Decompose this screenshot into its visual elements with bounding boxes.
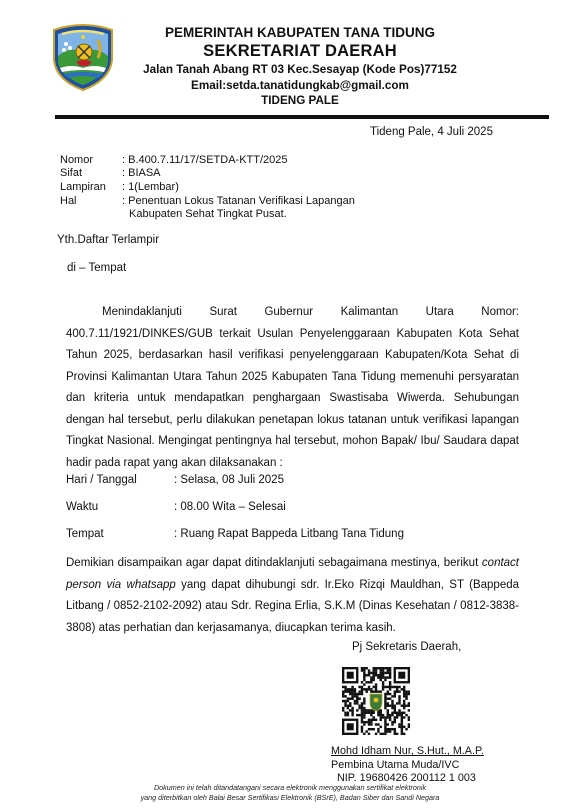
- meta-label: Lampiran: [60, 181, 122, 193]
- letterhead-government: PEMERINTAH KABUPATEN TANA TIDUNG: [130, 25, 470, 40]
- meta-value: : B.400.7.11/17/SETDA-KTT/2025: [122, 154, 288, 166]
- schedule-row-time: Waktu : 08.00 Wita – Selesai: [66, 501, 286, 513]
- meta-row-nomor: Nomor : B.400.7.11/17/SETDA-KTT/2025: [60, 154, 288, 166]
- e-signature-notice: Dokumen ini telah ditandatangani secara …: [100, 783, 480, 803]
- footer-line-1: Dokumen ini telah ditandatangani secara …: [100, 783, 480, 793]
- letterhead-address: Jalan Tanah Abang RT 03 Kec.Sesayap (Kod…: [130, 63, 470, 76]
- letterhead-city: TIDENG PALE: [130, 94, 470, 107]
- schedule-value: : Selasa, 08 Juli 2025: [174, 474, 284, 486]
- schedule-row-date: Hari / Tanggal : Selasa, 08 Juli 2025: [66, 474, 284, 486]
- letterhead-email: Email:setda.tanatidungkab@gmail.com: [130, 79, 470, 92]
- signatory-title: Pj Sekretaris Daerah,: [352, 641, 461, 653]
- schedule-label: Tempat: [66, 528, 174, 540]
- letter-date: Tideng Pale, 4 Juli 2025: [370, 126, 493, 138]
- meta-label: Nomor: [60, 154, 122, 166]
- meta-value-continued: Kabupaten Sehat Tingkat Pusat.: [129, 208, 287, 220]
- meta-value: : 1(Lembar): [122, 181, 179, 193]
- recipient: Yth.Daftar Terlampir: [57, 234, 159, 246]
- meta-row-hal: Hal : Penentuan Lokus Tatanan Verifikasi…: [60, 195, 355, 207]
- letterhead-secretariat: SEKRETARIAT DAERAH: [130, 42, 470, 61]
- meta-value: : Penentuan Lokus Tatanan Verifikasi Lap…: [122, 195, 355, 207]
- recipient-place: di – Tempat: [67, 262, 126, 274]
- signatory-name: Mohd Idham Nur, S.Hut., M.A.P.: [331, 745, 484, 757]
- meta-label: Sifat: [60, 167, 122, 179]
- regency-emblem-icon: [48, 22, 118, 92]
- meta-row-lampiran: Lampiran : 1(Lembar): [60, 181, 179, 193]
- schedule-label: Hari / Tanggal: [66, 474, 174, 486]
- letterhead-divider: [55, 115, 549, 119]
- schedule-value: : 08.00 Wita – Selesai: [174, 501, 286, 513]
- footer-line-2: yang diterbitkan oleh Balai Besar Sertif…: [100, 793, 480, 803]
- qr-code-icon: [342, 667, 410, 735]
- meta-value: : BIASA: [122, 167, 161, 179]
- schedule-value: : Ruang Rapat Bappeda Litbang Tana Tidun…: [174, 528, 404, 540]
- meta-label: Hal: [60, 195, 122, 207]
- schedule-label: Waktu: [66, 501, 174, 513]
- schedule-row-place: Tempat : Ruang Rapat Bappeda Litbang Tan…: [66, 528, 404, 540]
- body-paragraph-2: Demikian disampaikan agar dapat ditindak…: [66, 553, 519, 639]
- paragraph-text: Demikian disampaikan agar dapat ditindak…: [66, 557, 482, 569]
- signatory-rank: Pembina Utama Muda/IVC: [331, 759, 459, 771]
- body-paragraph-1: Menindaklanjuti Surat Gubernur Kalimanta…: [66, 302, 519, 474]
- meta-row-sifat: Sifat : BIASA: [60, 167, 161, 179]
